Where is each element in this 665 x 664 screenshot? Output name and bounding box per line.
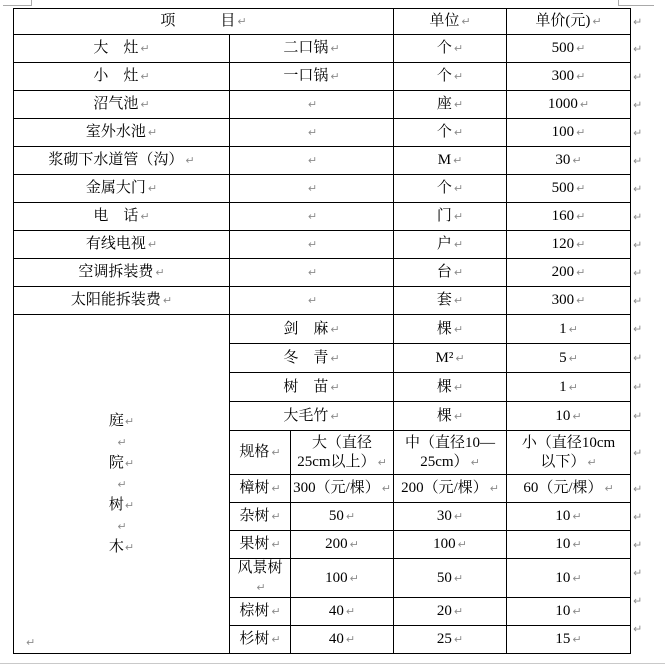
cell-text: 300 bbox=[552, 292, 575, 308]
table-row: 浆砌下水道管（沟）↵↵M↵30↵ bbox=[14, 147, 631, 175]
tree-row-label-cell[interactable]: 棕树↵ bbox=[230, 598, 291, 626]
paragraph-mark-icon: ↵ bbox=[574, 294, 585, 307]
paragraph-mark-icon: ↵ bbox=[269, 633, 280, 646]
price-cell[interactable]: 1000↵ bbox=[507, 91, 631, 119]
cell-text: 套 bbox=[437, 292, 452, 308]
paragraph-mark-icon: ↵ bbox=[306, 266, 317, 279]
row-end-mark-icon: ↵ bbox=[633, 594, 642, 607]
item-detail-cell[interactable]: ↵ bbox=[230, 231, 394, 259]
cell-text: 个 bbox=[437, 68, 452, 84]
paragraph-mark-icon: ↵ bbox=[452, 510, 463, 523]
unit-cell[interactable]: 套↵ bbox=[394, 287, 507, 315]
cell-text: M² bbox=[435, 350, 453, 366]
paragraph-mark-icon: ↵ bbox=[570, 410, 581, 423]
cell-text: 100 bbox=[552, 124, 575, 140]
row-end-mark-icon: ↵ bbox=[633, 381, 642, 394]
item-detail-cell[interactable]: 大毛竹↵ bbox=[230, 402, 394, 431]
paragraph-mark-icon: ↵ bbox=[146, 182, 157, 195]
cell-text: 太阳能拆装费 bbox=[71, 292, 161, 308]
paragraph-mark-icon: ↵ bbox=[124, 457, 134, 470]
unit-cell[interactable]: 门↵ bbox=[394, 203, 507, 231]
row-end-mark-icon: ↵ bbox=[633, 154, 642, 167]
cell-text: 浆砌下水道管（沟） bbox=[48, 152, 183, 168]
cell-text: 台 bbox=[437, 264, 452, 280]
paragraph-mark-icon: ↵ bbox=[306, 210, 317, 223]
header-unit-cell[interactable]: 单位↵ bbox=[394, 9, 507, 35]
cell-text: 大（直径 25cm以上） bbox=[297, 435, 375, 470]
cell-text: 有线电视 bbox=[86, 236, 146, 252]
item-detail-cell[interactable]: 冬 青↵ bbox=[230, 344, 394, 373]
paragraph-mark-icon: ↵ bbox=[452, 42, 463, 55]
tree-section-cell[interactable]: 庭↵↵院↵↵树↵↵木↵ bbox=[14, 315, 230, 654]
cell-text: 单位 bbox=[429, 13, 459, 29]
paragraph-mark-icon: ↵ bbox=[328, 352, 339, 365]
paragraph-mark-icon: ↵ bbox=[328, 410, 339, 423]
spec-large-cell[interactable]: 大（直径 25cm以上）↵ bbox=[291, 431, 394, 475]
tree-label-line: 院↵ bbox=[109, 453, 134, 474]
tree-label-line: 树↵ bbox=[109, 495, 134, 516]
paragraph-mark-icon: ↵ bbox=[269, 446, 280, 459]
cell-text: 二口锅 bbox=[283, 40, 328, 56]
price-cell[interactable]: 1↵ bbox=[507, 373, 631, 402]
paragraph-mark-icon: ↵ bbox=[570, 538, 581, 551]
paragraph-mark-icon: ↵ bbox=[452, 323, 463, 336]
row-end-mark-icon: ↵ bbox=[633, 70, 642, 83]
paragraph-mark-icon: ↵ bbox=[574, 70, 585, 83]
item-name-cell[interactable]: 金属大门↵ bbox=[14, 175, 230, 203]
unit-cell[interactable]: 户↵ bbox=[394, 231, 507, 259]
paragraph-mark-icon: ↵ bbox=[235, 15, 246, 28]
paragraph-mark-icon: ↵ bbox=[254, 581, 265, 594]
tree-row-label-cell[interactable]: 风景树↵ bbox=[230, 559, 291, 598]
spec-medium-cell[interactable]: 100↵ bbox=[394, 531, 507, 559]
margin-corner-mark-top-right bbox=[618, 0, 654, 6]
paragraph-mark-icon: ↵ bbox=[380, 482, 391, 495]
cell-text: 规格 bbox=[239, 444, 269, 460]
unit-cell[interactable]: M²↵ bbox=[394, 344, 507, 373]
spec-medium-cell[interactable]: 50↵ bbox=[394, 559, 507, 598]
paragraph-mark-icon: ↵ bbox=[456, 538, 467, 551]
price-cell[interactable]: 200↵ bbox=[507, 259, 631, 287]
cell-text: 项 目 bbox=[160, 13, 235, 29]
paragraph-mark-icon: ↵ bbox=[161, 294, 172, 307]
paragraph-mark-icon: ↵ bbox=[269, 605, 280, 618]
spec-large-cell[interactable]: 40↵ bbox=[291, 626, 394, 654]
cell-text: 电 话 bbox=[93, 208, 138, 224]
paragraph-mark-icon: ↵ bbox=[306, 98, 317, 111]
paragraph-mark-icon: ↵ bbox=[574, 266, 585, 279]
cell-text: 剑 麻 bbox=[283, 321, 328, 337]
cell-text: 40 bbox=[329, 631, 344, 647]
document-page: 项 目↵单位↵单价(元)↵ 大 灶↵二口锅↵个↵500↵小 灶↵一口锅↵个↵30… bbox=[0, 0, 665, 664]
cell-text: 户 bbox=[437, 236, 452, 252]
cell-text: 200 bbox=[552, 264, 575, 280]
price-cell[interactable]: 1↵ bbox=[507, 315, 631, 344]
paragraph-mark-icon: ↵ bbox=[452, 266, 463, 279]
paragraph-mark-icon: ↵ bbox=[116, 436, 126, 449]
item-name-cell[interactable]: 室外水池↵ bbox=[14, 119, 230, 147]
row-end-mark-icon: ↵ bbox=[633, 482, 642, 495]
table-body: 大 灶↵二口锅↵个↵500↵小 灶↵一口锅↵个↵300↵沼气池↵↵座↵1000↵… bbox=[14, 35, 631, 654]
row-end-mark-icon: ↵ bbox=[633, 622, 642, 635]
tree-row-label-cell[interactable]: 杉树↵ bbox=[230, 626, 291, 654]
price-cell[interactable]: 5↵ bbox=[507, 344, 631, 373]
tree-row-label-cell[interactable]: 规格↵ bbox=[230, 431, 291, 475]
tree-row-label-cell[interactable]: 果树↵ bbox=[230, 531, 291, 559]
cell-text: 单价(元) bbox=[535, 13, 590, 29]
cell-text: 120 bbox=[552, 236, 575, 252]
cell-text: 10 bbox=[555, 408, 570, 424]
row-end-mark-icon: ↵ bbox=[633, 410, 642, 423]
paragraph-mark-icon: ↵ bbox=[348, 538, 359, 551]
paragraph-mark-icon: ↵ bbox=[452, 238, 463, 251]
tree-label-char: 木 bbox=[109, 539, 124, 555]
price-cell[interactable]: 300↵ bbox=[507, 63, 631, 91]
tree-label-char: 庭 bbox=[109, 413, 124, 429]
paragraph-mark-icon: ↵ bbox=[574, 210, 585, 223]
paragraph-mark-icon: ↵ bbox=[344, 510, 355, 523]
paragraph-mark-icon: ↵ bbox=[146, 238, 157, 251]
paragraph-mark-icon: ↵ bbox=[452, 98, 463, 111]
paragraph-mark-icon: ↵ bbox=[306, 238, 317, 251]
cell-text: 座 bbox=[437, 96, 452, 112]
paragraph-mark-icon: ↵ bbox=[574, 238, 585, 251]
row-end-mark-icon: ↵ bbox=[633, 538, 642, 551]
paragraph-mark-icon: ↵ bbox=[567, 352, 578, 365]
paragraph-mark-icon: ↵ bbox=[452, 572, 463, 585]
table-row: 大 灶↵二口锅↵个↵500↵ bbox=[14, 35, 631, 63]
paragraph-mark-icon: ↵ bbox=[574, 42, 585, 55]
paragraph-mark-icon: ↵ bbox=[124, 499, 134, 512]
paragraph-mark-icon: ↵ bbox=[306, 126, 317, 139]
cell-text: 30 bbox=[555, 152, 570, 168]
cell-text: 50 bbox=[437, 570, 452, 586]
paragraph-mark-icon: ↵ bbox=[138, 70, 149, 83]
tree-label-empty-line: ↵ bbox=[116, 474, 126, 495]
item-detail-cell[interactable]: ↵ bbox=[230, 259, 394, 287]
price-table: 项 目↵单位↵单价(元)↵ 大 灶↵二口锅↵个↵500↵小 灶↵一口锅↵个↵30… bbox=[13, 8, 631, 654]
cell-text: 门 bbox=[437, 208, 452, 224]
cell-text: 1 bbox=[559, 321, 567, 337]
cell-text: 小（直径10cm 以下） bbox=[522, 435, 615, 470]
paragraph-mark-icon: ↵ bbox=[590, 15, 601, 28]
cell-text: 树 苗 bbox=[283, 379, 328, 395]
cell-text: 20 bbox=[437, 603, 452, 619]
cell-text: 10 bbox=[555, 603, 570, 619]
paragraph-mark-icon: ↵ bbox=[452, 381, 463, 394]
table-row: 庭↵↵院↵↵树↵↵木↵剑 麻↵棵↵1↵ bbox=[14, 315, 631, 344]
price-cell[interactable]: 10↵ bbox=[507, 402, 631, 431]
paragraph-mark-icon: ↵ bbox=[306, 182, 317, 195]
unit-cell[interactable]: 台↵ bbox=[394, 259, 507, 287]
paragraph-mark-icon: ↵ bbox=[452, 294, 463, 307]
paragraph-mark-icon: ↵ bbox=[452, 126, 463, 139]
row-end-mark-icon: ↵ bbox=[633, 323, 642, 336]
table-row: 小 灶↵一口锅↵个↵300↵ bbox=[14, 63, 631, 91]
spec-medium-cell[interactable]: 30↵ bbox=[394, 503, 507, 531]
item-name-cell[interactable]: 空调拆装费↵ bbox=[14, 259, 230, 287]
cell-text: 15 bbox=[555, 631, 570, 647]
cell-text: 棵 bbox=[437, 379, 452, 395]
paragraph-mark-icon: ↵ bbox=[138, 98, 149, 111]
paragraph-mark-icon: ↵ bbox=[574, 126, 585, 139]
header-price-cell[interactable]: 单价(元)↵ bbox=[507, 9, 631, 35]
spec-small-cell[interactable]: 10↵ bbox=[507, 503, 631, 531]
spec-medium-cell[interactable]: 中（直径10— 25cm）↵ bbox=[394, 431, 507, 475]
paragraph-mark-icon: ↵ bbox=[328, 70, 339, 83]
spec-large-cell[interactable]: 300（元/棵）↵ bbox=[291, 475, 394, 503]
item-detail-cell[interactable]: ↵ bbox=[230, 203, 394, 231]
spec-medium-cell[interactable]: 20↵ bbox=[394, 598, 507, 626]
paragraph-mark-icon: ↵ bbox=[116, 520, 126, 533]
cell-text: 杉树 bbox=[239, 631, 269, 647]
row-end-mark-icon: ↵ bbox=[633, 266, 642, 279]
cell-text: 1 bbox=[559, 379, 567, 395]
cell-text: 棵 bbox=[437, 321, 452, 337]
paragraph-mark-icon: ↵ bbox=[574, 182, 585, 195]
unit-cell[interactable]: 个↵ bbox=[394, 35, 507, 63]
paragraph-mark-icon: ↵ bbox=[328, 381, 339, 394]
paragraph-mark-icon: ↵ bbox=[578, 98, 589, 111]
cell-text: 200（元/棵） bbox=[401, 480, 488, 496]
row-end-mark-icon: ↵ bbox=[633, 352, 642, 365]
table-row: 电 话↵↵门↵160↵ bbox=[14, 203, 631, 231]
paragraph-mark-icon: ↵ bbox=[269, 538, 280, 551]
cell-text: 100 bbox=[325, 570, 348, 586]
row-end-mark-icon: ↵ bbox=[633, 126, 642, 139]
unit-cell[interactable]: 棵↵ bbox=[394, 402, 507, 431]
spec-medium-cell[interactable]: 25↵ bbox=[394, 626, 507, 654]
tree-label-empty-line: ↵ bbox=[116, 516, 126, 537]
price-cell[interactable]: 30↵ bbox=[507, 147, 631, 175]
item-name-cell[interactable]: 沼气池↵ bbox=[14, 91, 230, 119]
tree-row-label-cell[interactable]: 杂树↵ bbox=[230, 503, 291, 531]
cell-text: M bbox=[438, 152, 451, 168]
margin-corner-mark-top-left bbox=[3, 0, 32, 6]
table-row: 空调拆装费↵↵台↵200↵ bbox=[14, 259, 631, 287]
cell-text: 杂树 bbox=[239, 508, 269, 524]
spec-small-cell[interactable]: 10↵ bbox=[507, 598, 631, 626]
cell-text: 个 bbox=[437, 124, 452, 140]
cell-text: 风景树 bbox=[237, 560, 282, 576]
paragraph-mark-icon: ↵ bbox=[459, 15, 470, 28]
item-detail-cell[interactable]: ↵ bbox=[230, 91, 394, 119]
paragraph-mark-icon: ↵ bbox=[153, 266, 164, 279]
paragraph-mark-icon: ↵ bbox=[452, 182, 463, 195]
paragraph-mark-icon: ↵ bbox=[570, 154, 581, 167]
item-detail-cell[interactable]: 剑 麻↵ bbox=[230, 315, 394, 344]
spec-small-cell[interactable]: 10↵ bbox=[507, 559, 631, 598]
document-end-paragraph-mark-icon: ↵ bbox=[24, 636, 35, 649]
cell-text: 500 bbox=[552, 180, 575, 196]
cell-text: 沼气池 bbox=[93, 96, 138, 112]
item-name-cell[interactable]: 太阳能拆装费↵ bbox=[14, 287, 230, 315]
table-row: 室外水池↵↵个↵100↵ bbox=[14, 119, 631, 147]
cell-text: 1000 bbox=[548, 96, 578, 112]
paragraph-mark-icon: ↵ bbox=[570, 510, 581, 523]
item-name-cell[interactable]: 浆砌下水道管（沟）↵ bbox=[14, 147, 230, 175]
cell-text: 大毛竹 bbox=[283, 408, 328, 424]
cell-text: 5 bbox=[559, 350, 567, 366]
cell-text: 500 bbox=[552, 40, 575, 56]
table-row: 项 目↵单位↵单价(元)↵ bbox=[14, 9, 631, 35]
paragraph-mark-icon: ↵ bbox=[469, 456, 480, 469]
cell-text: 160 bbox=[552, 208, 575, 224]
paragraph-mark-icon: ↵ bbox=[452, 633, 463, 646]
unit-cell[interactable]: M↵ bbox=[394, 147, 507, 175]
paragraph-mark-icon: ↵ bbox=[328, 42, 339, 55]
table-row: 金属大门↵↵个↵500↵ bbox=[14, 175, 631, 203]
item-detail-cell[interactable]: 一口锅↵ bbox=[230, 63, 394, 91]
tree-label-char: 树 bbox=[109, 497, 124, 513]
tree-label-empty-line: ↵ bbox=[116, 432, 126, 453]
cell-text: 40 bbox=[329, 603, 344, 619]
paragraph-mark-icon: ↵ bbox=[452, 70, 463, 83]
spec-large-cell[interactable]: 50↵ bbox=[291, 503, 394, 531]
paragraph-mark-icon: ↵ bbox=[344, 605, 355, 618]
paragraph-mark-icon: ↵ bbox=[570, 633, 581, 646]
cell-text: 100 bbox=[433, 536, 456, 552]
item-name-cell[interactable]: 电 话↵ bbox=[14, 203, 230, 231]
paragraph-mark-icon: ↵ bbox=[585, 456, 596, 469]
row-end-mark-icon: ↵ bbox=[633, 182, 642, 195]
tree-section-label: 庭↵↵院↵↵树↵↵木↵ bbox=[16, 411, 227, 558]
tree-row-label-cell[interactable]: 樟树↵ bbox=[230, 475, 291, 503]
spec-small-cell[interactable]: 小（直径10cm 以下）↵ bbox=[507, 431, 631, 475]
paragraph-mark-icon: ↵ bbox=[570, 572, 581, 585]
paragraph-mark-icon: ↵ bbox=[269, 482, 280, 495]
item-detail-cell[interactable]: ↵ bbox=[230, 119, 394, 147]
item-name-cell[interactable]: 有线电视↵ bbox=[14, 231, 230, 259]
item-name-cell[interactable]: 小 灶↵ bbox=[14, 63, 230, 91]
paragraph-mark-icon: ↵ bbox=[602, 482, 613, 495]
cell-text: 10 bbox=[555, 536, 570, 552]
spec-small-cell[interactable]: 60（元/棵）↵ bbox=[507, 475, 631, 503]
cell-text: 空调拆装费 bbox=[78, 264, 153, 280]
paragraph-mark-icon: ↵ bbox=[306, 154, 317, 167]
unit-cell[interactable]: 个↵ bbox=[394, 175, 507, 203]
paragraph-mark-icon: ↵ bbox=[452, 605, 463, 618]
cell-text: 30 bbox=[437, 508, 452, 524]
paragraph-mark-icon: ↵ bbox=[146, 126, 157, 139]
spec-small-cell[interactable]: 15↵ bbox=[507, 626, 631, 654]
cell-text: 60（元/棵） bbox=[523, 480, 602, 496]
paragraph-mark-icon: ↵ bbox=[453, 352, 464, 365]
table-row: 太阳能拆装费↵↵套↵300↵ bbox=[14, 287, 631, 315]
paragraph-mark-icon: ↵ bbox=[269, 510, 280, 523]
paragraph-mark-icon: ↵ bbox=[348, 572, 359, 585]
cell-text: 小 灶 bbox=[93, 68, 138, 84]
paragraph-mark-icon: ↵ bbox=[451, 154, 462, 167]
tree-label-line: 庭↵ bbox=[109, 411, 134, 432]
paragraph-mark-icon: ↵ bbox=[138, 210, 149, 223]
cell-text: 果树 bbox=[239, 536, 269, 552]
paragraph-mark-icon: ↵ bbox=[328, 323, 339, 336]
unit-cell[interactable]: 棵↵ bbox=[394, 315, 507, 344]
item-detail-cell[interactable]: ↵ bbox=[230, 287, 394, 315]
cell-text: 一口锅 bbox=[283, 68, 328, 84]
unit-cell[interactable]: 个↵ bbox=[394, 119, 507, 147]
paragraph-mark-icon: ↵ bbox=[183, 154, 194, 167]
price-cell[interactable]: 500↵ bbox=[507, 175, 631, 203]
spec-small-cell[interactable]: 10↵ bbox=[507, 531, 631, 559]
paragraph-mark-icon: ↵ bbox=[124, 415, 134, 428]
table-row: 沼气池↵↵座↵1000↵ bbox=[14, 91, 631, 119]
cell-text: 冬 青 bbox=[283, 350, 328, 366]
cell-text: 50 bbox=[329, 508, 344, 524]
paragraph-mark-icon: ↵ bbox=[116, 478, 126, 491]
cell-text: 200 bbox=[325, 536, 348, 552]
spec-medium-cell[interactable]: 200（元/棵）↵ bbox=[394, 475, 507, 503]
row-end-mark-icon: ↵ bbox=[633, 98, 642, 111]
item-name-cell[interactable]: 大 灶↵ bbox=[14, 35, 230, 63]
spec-large-cell[interactable]: 100↵ bbox=[291, 559, 394, 598]
row-end-mark-icon: ↵ bbox=[633, 446, 642, 459]
cell-text: 25 bbox=[437, 631, 452, 647]
price-cell[interactable]: 120↵ bbox=[507, 231, 631, 259]
row-end-mark-icon: ↵ bbox=[633, 15, 642, 28]
paragraph-mark-icon: ↵ bbox=[567, 323, 578, 336]
paragraph-mark-icon: ↵ bbox=[124, 541, 134, 554]
price-cell[interactable]: 500↵ bbox=[507, 35, 631, 63]
cell-text: 棕树 bbox=[239, 603, 269, 619]
cell-text: 300 bbox=[552, 68, 575, 84]
cell-text: 个 bbox=[437, 180, 452, 196]
price-cell[interactable]: 100↵ bbox=[507, 119, 631, 147]
paragraph-mark-icon: ↵ bbox=[452, 410, 463, 423]
paragraph-mark-icon: ↵ bbox=[138, 42, 149, 55]
item-detail-cell[interactable]: 树 苗↵ bbox=[230, 373, 394, 402]
row-end-mark-icon: ↵ bbox=[633, 210, 642, 223]
cell-text: 中（直径10— 25cm） bbox=[405, 435, 495, 470]
row-end-mark-icon: ↵ bbox=[633, 566, 642, 579]
cell-text: 10 bbox=[555, 508, 570, 524]
paragraph-mark-icon: ↵ bbox=[567, 381, 578, 394]
price-cell[interactable]: 300↵ bbox=[507, 287, 631, 315]
cell-text: 大 灶 bbox=[93, 40, 138, 56]
item-detail-cell[interactable]: 二口锅↵ bbox=[230, 35, 394, 63]
cell-text: 室外水池 bbox=[86, 124, 146, 140]
table-header: 项 目↵单位↵单价(元)↵ bbox=[14, 9, 631, 35]
row-end-mark-icon: ↵ bbox=[633, 42, 642, 55]
paragraph-mark-icon: ↵ bbox=[344, 633, 355, 646]
cell-text: 金属大门 bbox=[86, 180, 146, 196]
spec-large-cell[interactable]: 40↵ bbox=[291, 598, 394, 626]
row-end-mark-icon: ↵ bbox=[633, 294, 642, 307]
price-cell[interactable]: 160↵ bbox=[507, 203, 631, 231]
header-item-cell[interactable]: 项 目↵ bbox=[14, 9, 394, 35]
cell-text: 10 bbox=[555, 570, 570, 586]
spec-large-cell[interactable]: 200↵ bbox=[291, 531, 394, 559]
row-end-mark-icon: ↵ bbox=[633, 238, 642, 251]
item-detail-cell[interactable]: ↵ bbox=[230, 175, 394, 203]
paragraph-mark-icon: ↵ bbox=[452, 210, 463, 223]
tree-label-char: 院 bbox=[109, 455, 124, 471]
row-end-mark-icon: ↵ bbox=[633, 510, 642, 523]
unit-cell[interactable]: 座↵ bbox=[394, 91, 507, 119]
paragraph-mark-icon: ↵ bbox=[570, 605, 581, 618]
unit-cell[interactable]: 棵↵ bbox=[394, 373, 507, 402]
table-row: 有线电视↵↵户↵120↵ bbox=[14, 231, 631, 259]
paragraph-mark-icon: ↵ bbox=[306, 294, 317, 307]
cell-text: 个 bbox=[437, 40, 452, 56]
cell-text: 300（元/棵） bbox=[293, 480, 380, 496]
paragraph-mark-icon: ↵ bbox=[376, 456, 387, 469]
tree-label-line: 木↵ bbox=[109, 537, 134, 558]
item-detail-cell[interactable]: ↵ bbox=[230, 147, 394, 175]
paragraph-mark-icon: ↵ bbox=[488, 482, 499, 495]
unit-cell[interactable]: 个↵ bbox=[394, 63, 507, 91]
